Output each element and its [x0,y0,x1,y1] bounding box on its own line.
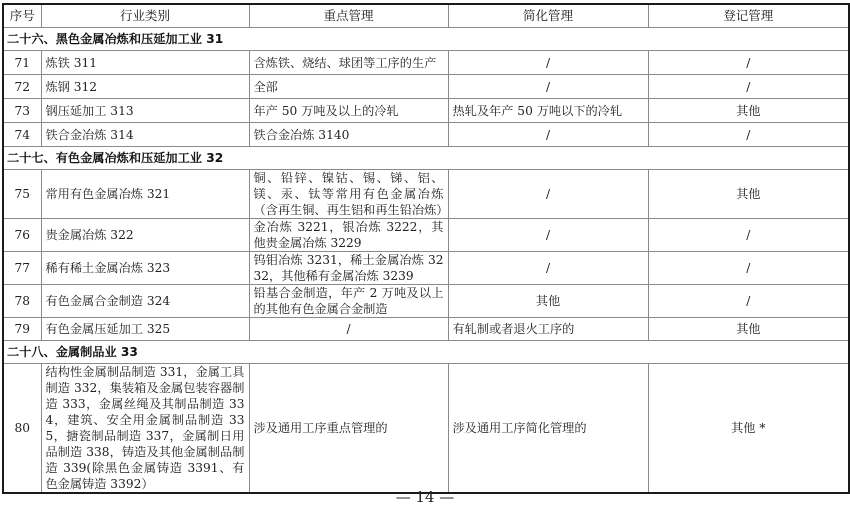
table-row: 72 炼钢 312 全部 / / [3,75,849,99]
row-registration-management: / [648,219,849,252]
section-row: 二十六、黑色金属冶炼和压延加工业 31 [3,28,849,51]
row-simplified-management: / [448,252,648,285]
row-simplified-management: 有轧制或者退火工序的 [448,318,648,341]
table-row: 71 炼铁 311 含炼铁、烧结、球团等工序的生产 / / [3,51,849,75]
row-key-management: 含炼铁、烧结、球团等工序的生产 [249,51,448,75]
row-registration-management: / [648,75,849,99]
row-category: 炼钢 312 [41,75,249,99]
header-simplified-management: 简化管理 [448,4,648,28]
row-serial-no: 79 [3,318,41,341]
row-simplified-management: / [448,219,648,252]
row-category: 钢压延加工 313 [41,99,249,123]
row-simplified-management: 其他 [448,285,648,318]
row-category: 结构性金属制品制造 331，金属工具制造 332，集装箱及金属包装容器制造 33… [41,364,249,494]
row-category: 有色金属压延加工 325 [41,318,249,341]
row-registration-management: / [648,51,849,75]
row-key-management: 铁合金冶炼 3140 [249,123,448,147]
row-key-management: 涉及通用工序重点管理的 [249,364,448,494]
table-header-row: 序号 行业类别 重点管理 简化管理 登记管理 [3,4,849,28]
page-number: — 14 — [0,488,850,506]
row-registration-management: 其他 [648,170,849,219]
row-registration-management: 其他 * [648,364,849,494]
header-key-management: 重点管理 [249,4,448,28]
table-row: 77 稀有稀土金属冶炼 323 钨钼冶炼 3231，稀土金属冶炼 3232，其他… [3,252,849,285]
table-row: 79 有色金属压延加工 325 / 有轧制或者退火工序的 其他 [3,318,849,341]
industry-management-table: 序号 行业类别 重点管理 简化管理 登记管理 二十六、黑色金属冶炼和压延加工业 … [2,3,850,494]
row-registration-management: 其他 [648,318,849,341]
table-row: 74 铁合金冶炼 314 铁合金冶炼 3140 / / [3,123,849,147]
row-simplified-management: 热轧及年产 50 万吨以下的冷轧 [448,99,648,123]
row-serial-no: 73 [3,99,41,123]
header-industry-category: 行业类别 [41,4,249,28]
table-row: 80 结构性金属制品制造 331，金属工具制造 332，集装箱及金属包装容器制造… [3,364,849,494]
table-row: 75 常用有色金属冶炼 321 铜、铅锌、镍钴、锡、锑、铝、镁、汞、钛等常用有色… [3,170,849,219]
row-simplified-management: / [448,75,648,99]
row-serial-no: 78 [3,285,41,318]
row-category: 稀有稀土金属冶炼 323 [41,252,249,285]
row-key-management: 年产 50 万吨及以上的冷轧 [249,99,448,123]
section-row: 二十七、有色金属冶炼和压延加工业 32 [3,147,849,170]
row-serial-no: 77 [3,252,41,285]
row-simplified-management: 涉及通用工序简化管理的 [448,364,648,494]
table-row: 76 贵金属冶炼 322 金冶炼 3221，银冶炼 3222，其他贵金属冶炼 3… [3,219,849,252]
row-registration-management: / [648,252,849,285]
row-key-management: 铅基合金制造，年产 2 万吨及以上的其他有色金属合金制造 [249,285,448,318]
row-simplified-management: / [448,123,648,147]
row-key-management: 金冶炼 3221，银冶炼 3222，其他贵金属冶炼 3229 [249,219,448,252]
section-title: 二十七、有色金属冶炼和压延加工业 32 [3,147,849,170]
row-key-management: / [249,318,448,341]
row-key-management: 铜、铅锌、镍钴、锡、锑、铝、镁、汞、钛等常用有色金属冶炼（含再生铜、再生铝和再生… [249,170,448,219]
row-serial-no: 76 [3,219,41,252]
row-registration-management: / [648,123,849,147]
row-registration-management: / [648,285,849,318]
header-serial-no: 序号 [3,4,41,28]
row-key-management: 全部 [249,75,448,99]
table-row: 78 有色金属合金制造 324 铅基合金制造，年产 2 万吨及以上的其他有色金属… [3,285,849,318]
table-row: 73 钢压延加工 313 年产 50 万吨及以上的冷轧 热轧及年产 50 万吨以… [3,99,849,123]
row-simplified-management: / [448,170,648,219]
section-title: 二十六、黑色金属冶炼和压延加工业 31 [3,28,849,51]
row-serial-no: 80 [3,364,41,494]
row-key-management: 钨钼冶炼 3231，稀土金属冶炼 3232，其他稀有金属冶炼 3239 [249,252,448,285]
row-serial-no: 75 [3,170,41,219]
row-serial-no: 74 [3,123,41,147]
row-registration-management: 其他 [648,99,849,123]
row-category: 贵金属冶炼 322 [41,219,249,252]
row-category: 常用有色金属冶炼 321 [41,170,249,219]
header-registration-management: 登记管理 [648,4,849,28]
row-category: 有色金属合金制造 324 [41,285,249,318]
section-row: 二十八、金属制品业 33 [3,341,849,364]
row-serial-no: 72 [3,75,41,99]
row-category: 铁合金冶炼 314 [41,123,249,147]
row-serial-no: 71 [3,51,41,75]
row-simplified-management: / [448,51,648,75]
section-title: 二十八、金属制品业 33 [3,341,849,364]
row-category: 炼铁 311 [41,51,249,75]
